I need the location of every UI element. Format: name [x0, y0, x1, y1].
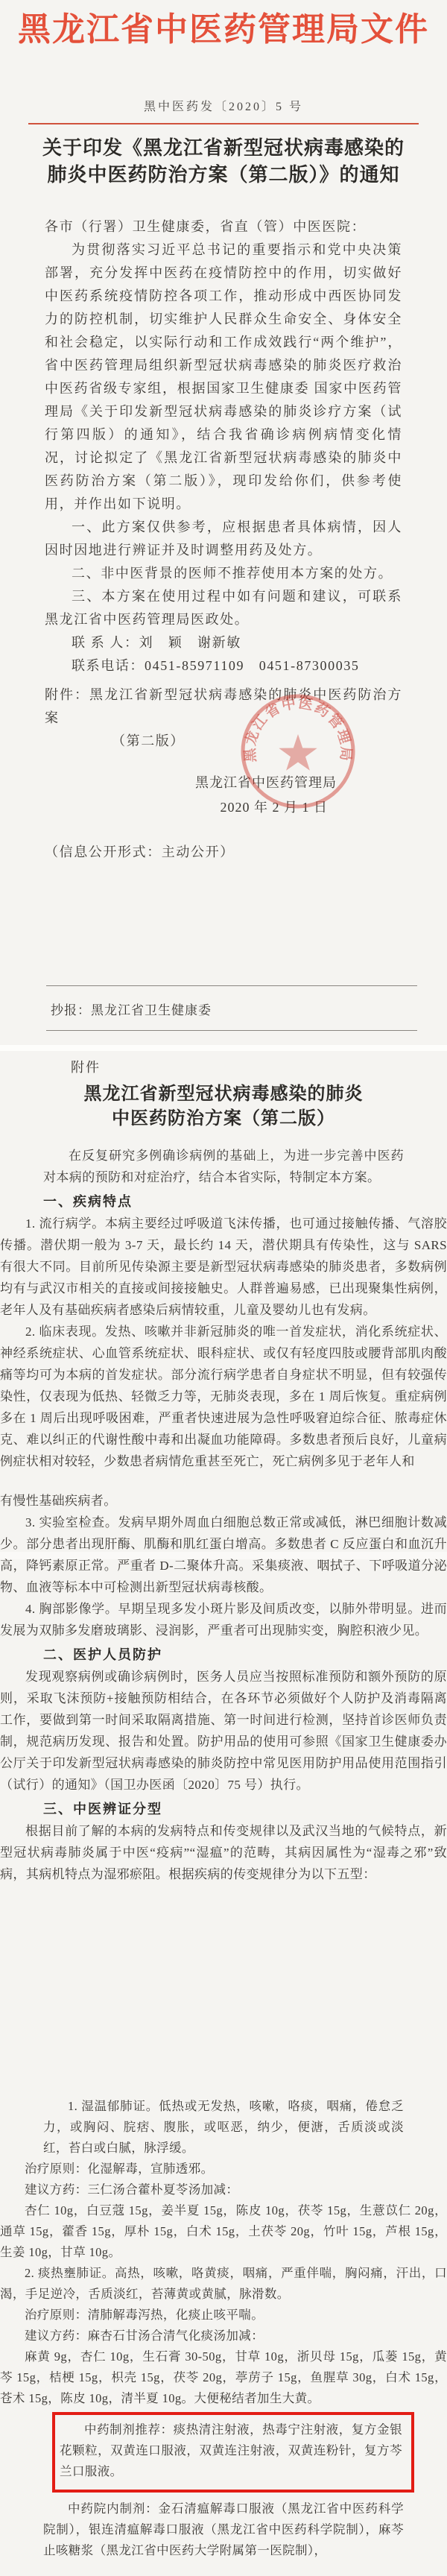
notice-item-3: 三、本方案在使用过程中如有问题和建议，可联系黑龙江省中医药管理局医政处。: [45, 585, 402, 631]
para-lab: 3. 实验室检查。发病早期外周血白细胞总数正常或减低，淋巴细胞计数减少。部分患者…: [0, 1512, 447, 1598]
scan-page-gap: [0, 1472, 447, 1490]
notice-item-2: 二、非中医背景的医师不推荐使用本方案的处方。: [45, 562, 402, 585]
para-protection: 发现观察病例或确诊病例时，医务人员应当按照标准预防和额外预防的原则，采取飞沫预防…: [0, 1666, 447, 1796]
para-clinical-a: 2. 临床表现。发热、咳嗽并非新冠肺炎的唯一首发症状，消化系统症状、神经系统症状…: [0, 1321, 447, 1472]
type1-formula: 建议方药：三仁汤合藿朴夏苓汤加减：: [0, 2179, 447, 2200]
attachment-title-line1: 黑龙江省新型冠状病毒感染的肺炎: [15, 1082, 432, 1107]
attachment-page-2: 1. 湿温郁肺证。低热或无发热，咳嗽，咯痰，咽痛，倦怠乏力，或胸闷、脘痞、腹胀，…: [0, 2086, 447, 2561]
para-epidemiology: 1. 流行病学。本病主要经过呼吸道飞沫传播，也可通过接触传播、气溶胶传播。潜伏期…: [0, 1213, 447, 1321]
highlight-red-box: 中药制剂推荐：痰热清注射液，热毒宁注射液，复方金银花颗粒，双黄连口服液，双黄连注…: [52, 2412, 414, 2493]
type2-principle: 治疗原则：清肺解毒泻热，化痰止咳平喘。: [0, 2305, 447, 2326]
section-heading-2: 二、医护人员防护: [43, 1644, 404, 1666]
notice-item-1: 一、此方案仅供参考，应根据患者具体病情，因人因时因地进行辨证并及时调整用药及处方…: [45, 516, 402, 562]
section-heading-3: 三、中医辨证分型: [43, 1799, 404, 1820]
notice-intro-paragraph: 为贯彻落实习近平总书记的重要指示和党中央决策部署，充分发挥中医药在疫情防控中的作…: [45, 239, 402, 516]
type2-description: 2. 痰热壅肺证。高热，咳嗽，咯黄痰，咽痛，严重伴喘，胸闷痛，汗出，口渴，手足逆…: [0, 2263, 447, 2305]
type1-description: 1. 湿温郁肺证。低热或无发热，咳嗽，咯痰，咽痛，倦怠乏力，或胸闷、脘痞、腹胀，…: [43, 2096, 404, 2159]
scanned-official-document: 黑龙江省中医药管理局文件 黑中医药发〔2020〕5 号 关于印发《黑龙江省新型冠…: [0, 0, 447, 2576]
cc-footer: 抄报：黑龙江省卫生健康委: [46, 985, 417, 1031]
type2-herbs: 麻黄 9g，杏仁 10g，生石膏 30-50g，甘草 10g，浙贝母 15g，瓜…: [0, 2346, 447, 2409]
type2-formula: 建议方药：麻杏石甘汤合清气化痰汤加减：: [0, 2326, 447, 2346]
seal-star-icon: [279, 734, 317, 771]
attachment-intro: 在反复研究多例确诊病例的基础上，为进一步完善中医药对本病的预防和对症治疗，结合本…: [43, 1145, 404, 1188]
red-separator-line: [28, 123, 419, 124]
issuer-signature: 黑龙江省中医药管理局: [0, 771, 447, 795]
para-typing: 根据目前了解的本病的发病特点和传变规律以及武汉当地的气候特点，新型冠状病毒肺炎属…: [0, 1820, 447, 1885]
hospital-preparations: 中药院内制剂：金石清瘟解毒口服液（黑龙江省中医药科学院制），银连清瘟解毒口服液（…: [43, 2498, 404, 2561]
salutation: 各市（行署）卫生健康委，省直（管）中医医院：: [45, 215, 402, 239]
notice-title-line2: 肺炎中医药防治方案（第二版）》的通知: [22, 162, 425, 189]
cpm-recommendation: 中药制剂推荐：痰热清注射液，热毒宁注射液，复方金银花颗粒，双黄连口服液，双黄连注…: [60, 2419, 402, 2482]
notice-page: 黑龙江省中医药管理局文件 黑中医药发〔2020〕5 号 关于印发《黑龙江省新型冠…: [0, 0, 447, 1052]
para-imaging: 4. 胸部影像学。早期呈现多发小斑片影及间质改变，以肺外带明显。进而发展为双肺多…: [0, 1598, 447, 1641]
para-clinical-b: 有慢性基础疾病者。: [0, 1490, 447, 1512]
attachment-title-line2: 中医药防治方案（第二版）: [15, 1107, 432, 1131]
official-seal: 黑龙江省中医药管理局: [237, 690, 359, 812]
disclosure-note: （信息公开形式：主动公开）: [45, 841, 402, 864]
issue-date: 2020 年 2 月 1 日: [0, 795, 447, 820]
attachment-label: 附件: [71, 1057, 447, 1076]
contact-phone: 联系电话：0451-85971109 0451-87300035: [45, 654, 402, 678]
doc-number: 黑中医药发〔2020〕5 号: [0, 97, 447, 114]
type1-herbs: 杏仁 10g，白豆蔻 15g，姜半夏 15g，陈皮 10g，茯苓 15g，生薏苡…: [0, 2200, 447, 2263]
section-heading-1: 一、疾病特点: [43, 1191, 404, 1213]
letterhead-title: 黑龙江省中医药管理局文件: [12, 7, 435, 52]
notice-title-line1: 关于印发《黑龙江省新型冠状病毒感染的: [22, 135, 425, 162]
contact-person: 联 系 人：刘 颖 谢新敏: [45, 631, 402, 654]
attachment-page-1: 附件 黑龙江省新型冠状病毒感染的肺炎 中医药防治方案（第二版） 在反复研究多例确…: [0, 1052, 447, 1885]
type1-principle: 治疗原则：化湿解毒，宣肺透邪。: [0, 2159, 447, 2179]
